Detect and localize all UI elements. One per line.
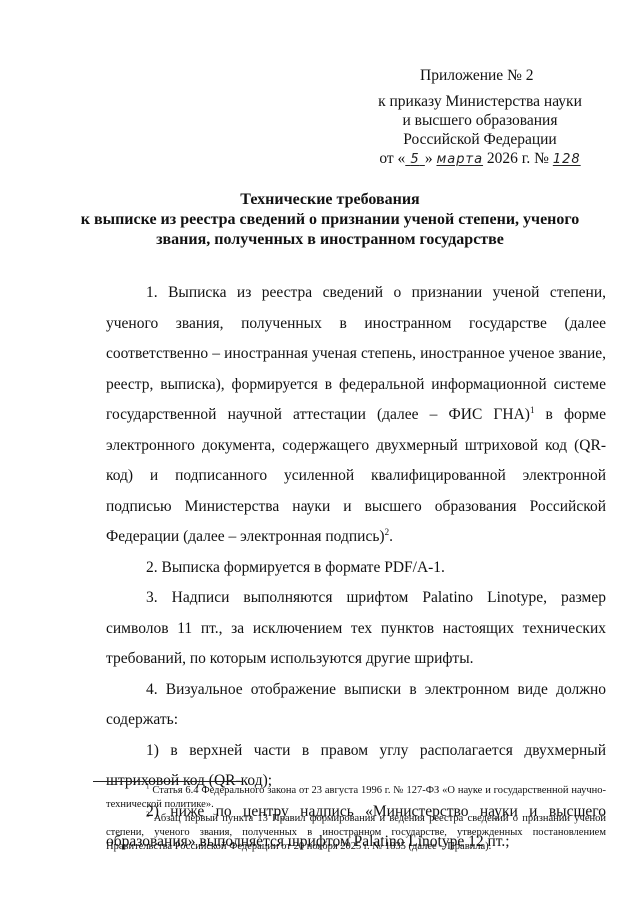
order-line: Российской Федерации	[330, 130, 630, 149]
title-line: к выписке из реестра сведений о признани…	[40, 210, 620, 230]
footnotes: 1 Статья 6.4 Федерального закона от 23 а…	[106, 784, 606, 854]
document-page: Приложение № 2 к приказу Министерства на…	[0, 0, 640, 905]
date-mid: »	[425, 150, 433, 167]
footnote-1: 1 Статья 6.4 Федерального закона от 23 а…	[106, 784, 606, 812]
title-line: звания, полученных в иностранном государ…	[40, 230, 620, 250]
handwritten-day: 5	[405, 152, 425, 167]
footnote-2: 2 Абзац первый пункта 13 Правил формиров…	[106, 812, 606, 854]
paragraph-4: 4. Визуальное отображение выписки в элек…	[106, 675, 606, 736]
date-year: 2026 г. №	[487, 150, 549, 167]
handwritten-order-number: 128	[553, 152, 581, 167]
paragraph-2: 2. Выписка формируется в формате PDF/A-1…	[106, 553, 606, 584]
footnote-divider	[93, 781, 243, 782]
order-line: и высшего образования	[330, 111, 630, 130]
appendix-label: Приложение № 2	[420, 66, 620, 85]
handwritten-month: марта	[436, 152, 483, 167]
order-date-line: от « 5 » марта 2026 г. № 128	[330, 149, 630, 168]
document-title: Технические требования к выписке из реес…	[40, 190, 620, 250]
title-line: Технические требования	[40, 190, 620, 210]
document-body: 1. Выписка из реестра сведений о признан…	[106, 278, 606, 858]
paragraph-3: 3. Надписи выполняются шрифтом Palatino …	[106, 583, 606, 675]
paragraph-1: 1. Выписка из реестра сведений о признан…	[106, 278, 606, 553]
date-prefix: от «	[379, 150, 405, 167]
order-reference: к приказу Министерства науки и высшего о…	[330, 92, 630, 168]
order-line: к приказу Министерства науки	[330, 92, 630, 111]
